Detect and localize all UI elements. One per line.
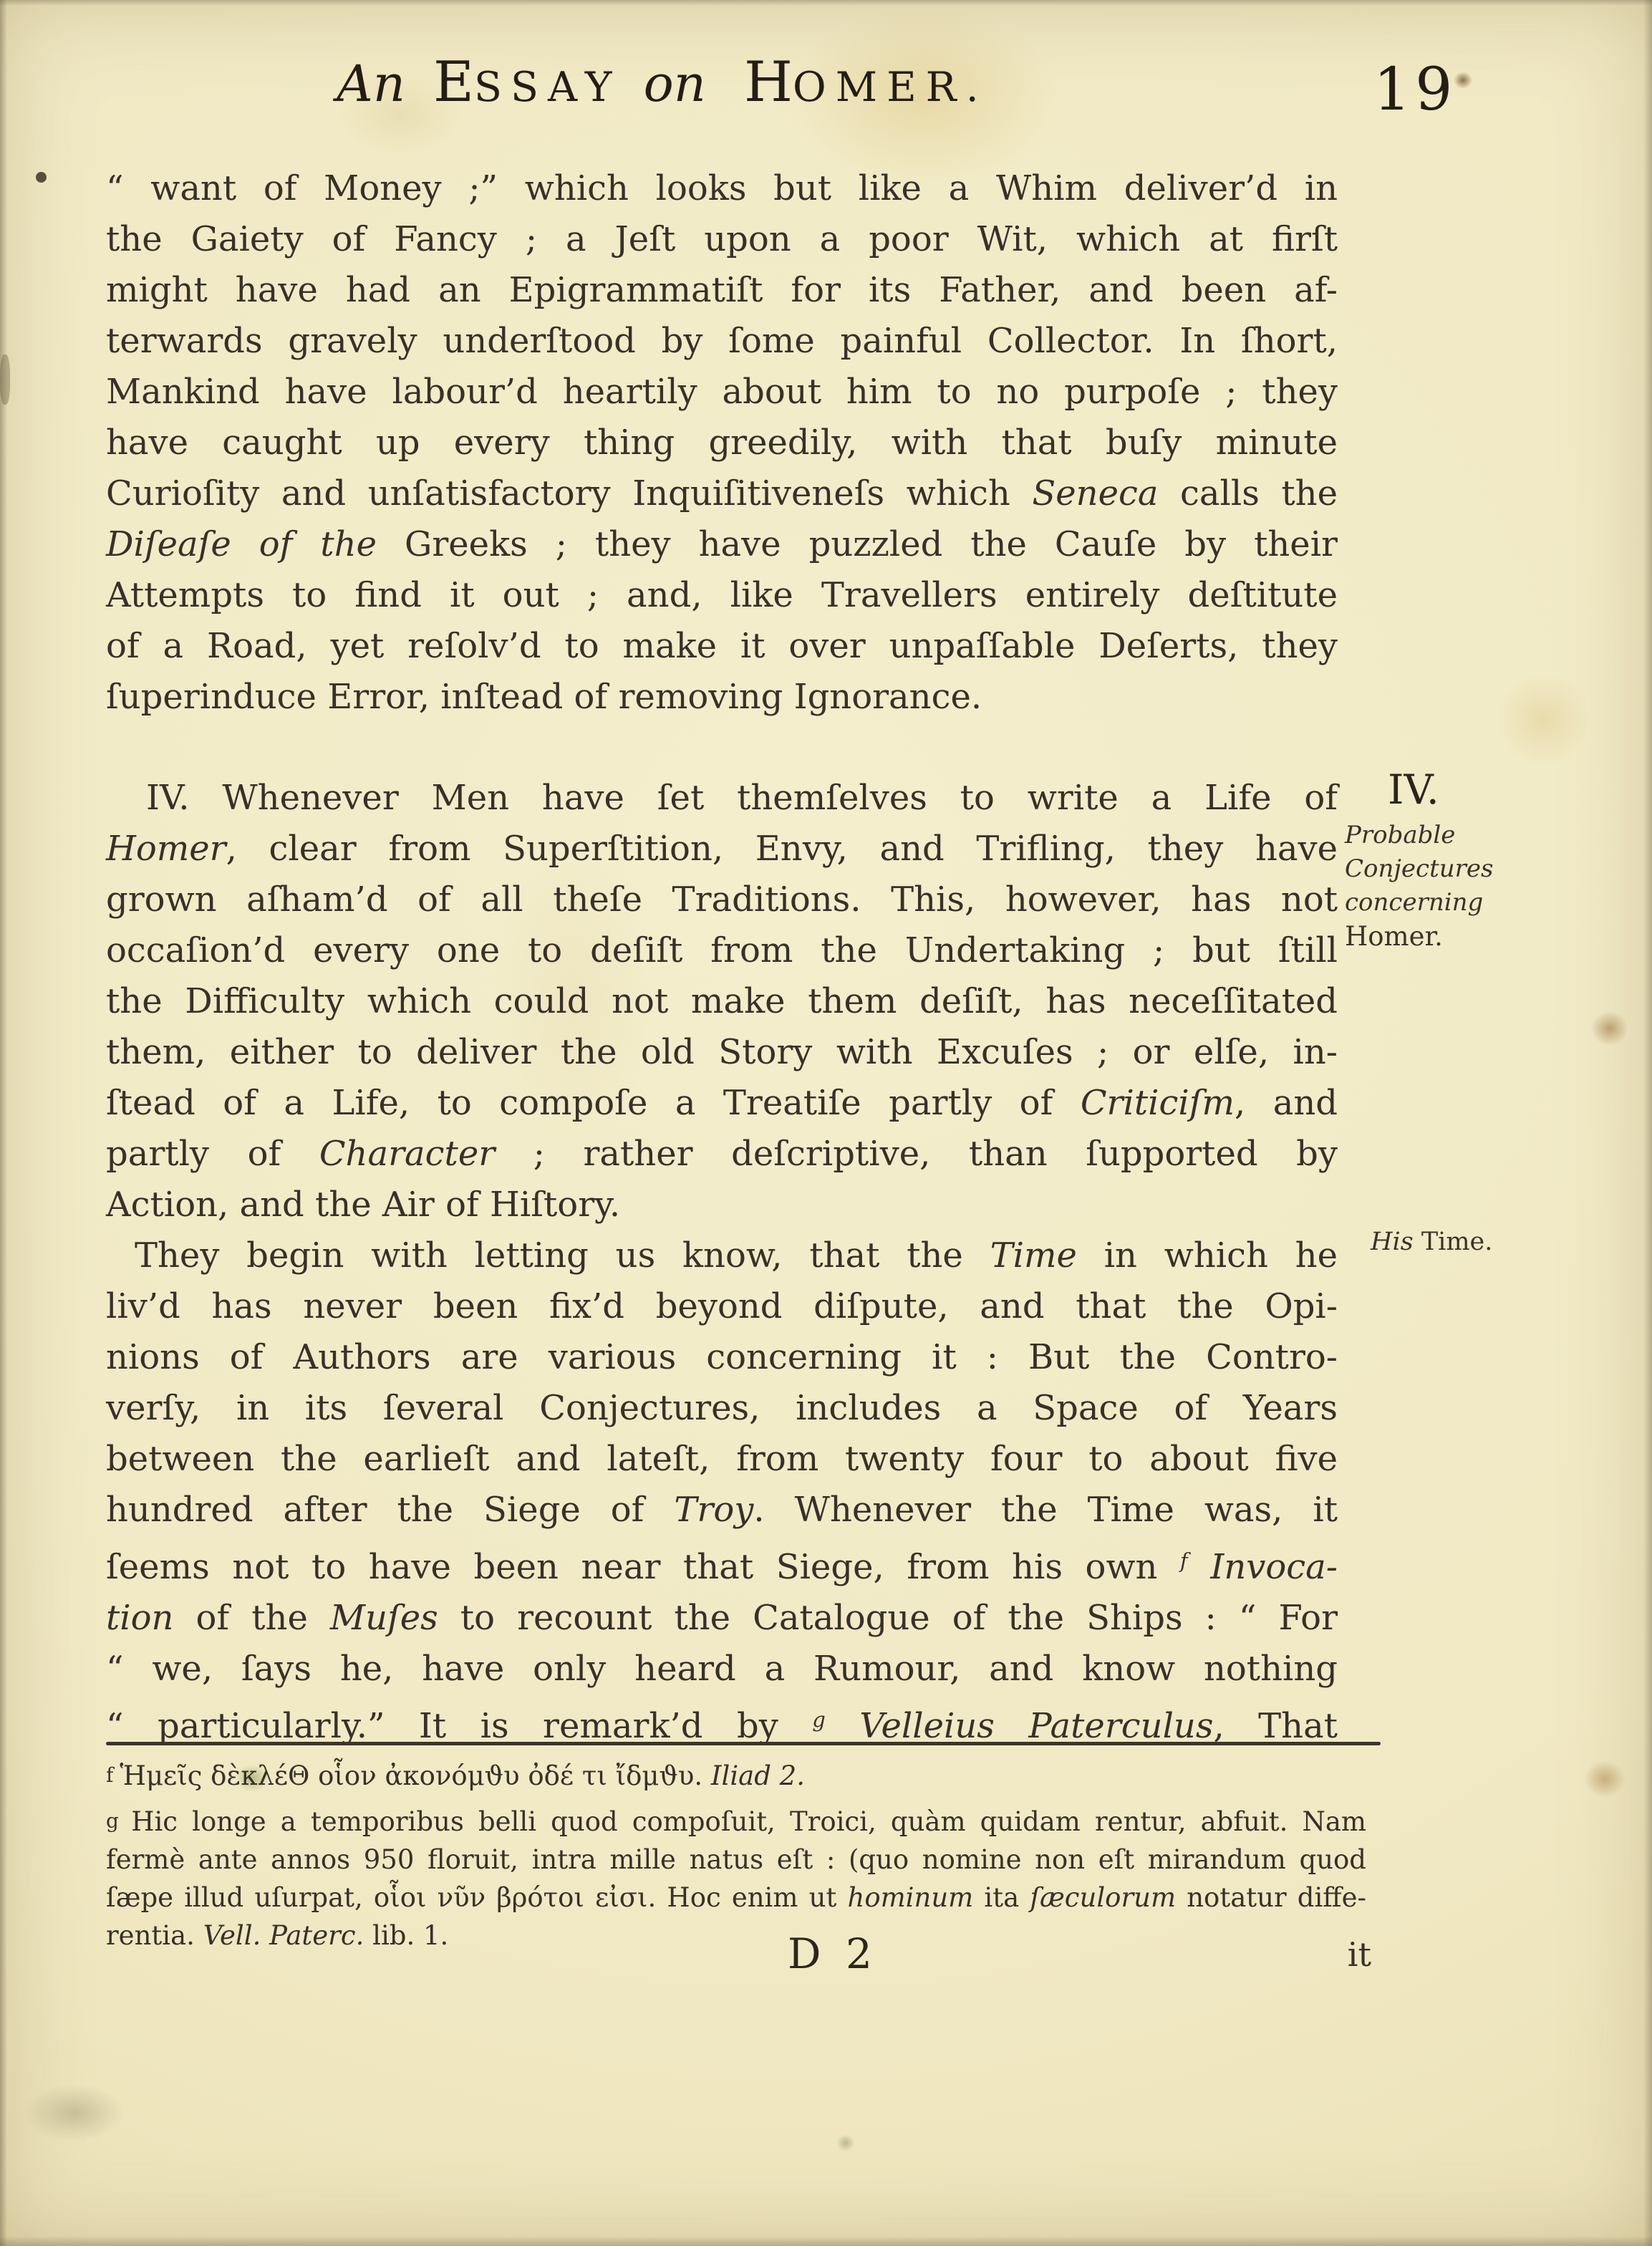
text-segment: Iliad 2. [711, 1760, 805, 1791]
text-segment: Character [319, 1134, 495, 1174]
footnote-g-latin: g Hic longe a temporibus belli quod comp… [106, 1802, 1366, 1955]
text-segment: occaſion’d every one to deſiſt from the … [106, 930, 1338, 970]
text-segment: partly of [106, 1134, 319, 1174]
paper-foxing-spot [1591, 1011, 1628, 1046]
text-segment: terwards gravely underſtood by ſome pain… [106, 321, 1338, 361]
greek-text: Ἡμεῖς δὲκλέΘ οἷον ἀκονόμϑυ ὀδέ τι ἴδμϑυ. [120, 1760, 702, 1791]
footnote-marker: g [812, 1707, 826, 1732]
book-page-scan: An ESSAY on HOMER. 19 “ want of Money ;”… [0, 0, 1652, 2246]
footnote-marker: f [106, 1763, 120, 1787]
paragraph-section-iv: IV. Whenever Men have ſet themſelves to … [106, 773, 1338, 1230]
text-segment: Muſes [330, 1598, 438, 1638]
text-line: might have had an Epigrammatiſt for its … [106, 265, 1338, 316]
text-segment: Curioſity and unſatisfactory Inquiſitive… [106, 473, 1032, 514]
text-segment: of a Road, yet reſolv’d to make it over … [106, 626, 1338, 666]
margin-section-number: IV. [1388, 766, 1439, 814]
text-segment: , clear from Superſtition, Envy, and Tri… [226, 829, 1338, 869]
text-line: grown aſham’d of all theſe Traditions. T… [106, 874, 1338, 925]
text-line: ſtead of a Life, to compoſe a Treatiſe p… [106, 1078, 1338, 1129]
footnote-marker: f [1180, 1548, 1188, 1573]
text-segment: between the earlieſt and lateſt, from tw… [106, 1439, 1338, 1479]
text-segment: notatur diffe- [1176, 1882, 1366, 1913]
title-essay-initial: E [433, 50, 474, 115]
text-segment: ſeems not to have been near that Siege, … [106, 1547, 1180, 1587]
text-line: ſuperinduce Error, inſtead of removing I… [106, 672, 1338, 723]
text-line: “ we, ſays he, have only heard a Rumour,… [106, 1644, 1338, 1695]
text-line: partly of Character ; rather deſcriptive… [106, 1129, 1338, 1180]
text-segment: liv’d has never been fix’d beyond diſput… [106, 1286, 1338, 1326]
footnote-marker: g [106, 1809, 131, 1833]
title-word-on: on [644, 54, 706, 113]
text-line: Mankind have labour’d heartily about him… [106, 367, 1338, 418]
text-segment: tion [106, 1598, 173, 1638]
text-segment: calls the [1158, 473, 1338, 514]
footnote-f-greek: f Ἡμεῖς δὲκλέΘ οἷον ἀκονόμϑυ ὀδέ τι ἴδμϑ… [106, 1756, 1366, 1795]
paper-speck [0, 355, 10, 405]
text-segment: rentia. [106, 1920, 203, 1951]
text-line: of a Road, yet reſolv’d to make it over … [106, 621, 1338, 672]
text-segment: ſæculorum [1030, 1882, 1176, 1913]
paper-stain [1497, 673, 1590, 766]
text-segment: them, either to deliver the old Story wi… [106, 1032, 1338, 1072]
text-line: tion of the Muſes to recount the Catalog… [106, 1593, 1338, 1644]
catchword: it [1348, 1935, 1371, 1974]
paragraph-intro: “ want of Money ;” which looks but like … [106, 163, 1338, 723]
text-line: the Difficulty which could not make them… [106, 976, 1338, 1027]
text-segment: Action, and the Air of Hiſtory. [106, 1185, 620, 1225]
text-segment: ſuperinduce Error, inſtead of removing I… [106, 677, 982, 717]
greek-text: οἷοι νῦν βρότοι εἰσι. [374, 1882, 656, 1913]
text-line: Attempts to find it out ; and, like Trav… [106, 570, 1338, 621]
text-line: terwards gravely underſtood by ſome pain… [106, 316, 1338, 367]
text-segment: ſæpe illud uſurpat, [106, 1882, 374, 1913]
margin-note-line: Conjectures [1345, 852, 1581, 886]
title-essay-smallcaps: SSAY [474, 64, 622, 111]
scan-edge-shadow [0, 2236, 1652, 2246]
margin-note-line: Homer. [1345, 920, 1581, 953]
paper-foxing-spot [1584, 1760, 1626, 1798]
text-segment: the Difficulty which could not make them… [106, 981, 1338, 1021]
text-segment: ita [973, 1882, 1030, 1913]
running-title: An ESSAY on HOMER. [0, 50, 1325, 115]
text-segment: Troy [674, 1490, 753, 1530]
scan-edge-shadow [0, 0, 7, 2246]
text-line: They begin with letting us know, that th… [106, 1230, 1338, 1281]
text-segment: . Whenever the Time was, it [753, 1490, 1338, 1530]
text-block: “ want of Money ;” which looks but like … [106, 163, 1338, 1752]
text-segment: to recount the Catalogue of the Ships : … [438, 1598, 1338, 1638]
text-segment: of the [173, 1598, 329, 1638]
text-segment: , That [1213, 1706, 1338, 1746]
text-line: hundred after the Siege of Troy. Wheneve… [106, 1485, 1338, 1536]
title-homer-smallcaps: OMER. [793, 64, 988, 111]
text-segment: Mankind have labour’d heartily about him… [106, 372, 1338, 412]
margin-note-his-time: His Time. [1371, 1228, 1492, 1256]
margin-note-time: Time. [1414, 1228, 1493, 1256]
text-line: ſeems not to have been near that Siege, … [106, 1536, 1338, 1593]
text-line: fermè ante annos 950 floruit, intra mill… [106, 1841, 1366, 1879]
text-segment: “ particularly.” It is remark’d by [106, 1706, 812, 1746]
scan-edge-shadow [1643, 0, 1652, 2246]
title-word-an: An [337, 54, 405, 113]
text-line: Diſeaſe of the Greeks ; they have puzzle… [106, 519, 1338, 570]
text-segment: IV. Whenever Men have ſet themſelves to … [146, 778, 1338, 818]
paragraph-his-time: They begin with letting us know, that th… [106, 1230, 1338, 1752]
text-segment: “ want of Money ;” which looks but like … [106, 168, 1338, 208]
paper-speck [836, 2134, 855, 2151]
text-segment: verſy, in its ſeveral Conjectures, inclu… [106, 1388, 1338, 1428]
margin-note-his: His [1371, 1228, 1414, 1256]
text-segment: Hoc enim ut [656, 1882, 847, 1913]
text-line: verſy, in its ſeveral Conjectures, inclu… [106, 1383, 1338, 1434]
text-line: g Hic longe a temporibus belli quod comp… [106, 1802, 1366, 1841]
text-segment: ; rather deſcriptive, than ſupported by [495, 1134, 1338, 1174]
text-segment: “ we, ſays he, have only heard a Rumour,… [106, 1649, 1338, 1689]
text-segment: Attempts to find it out ; and, like Trav… [106, 575, 1338, 615]
margin-note-line: Probable [1345, 819, 1581, 852]
text-segment: Greeks ; they have puzzled the Cauſe by … [405, 524, 1338, 564]
footnote-divider-rule [106, 1742, 1381, 1745]
scan-edge-shadow [0, 0, 1652, 6]
paper-smudge [24, 2084, 125, 2141]
text-line: occaſion’d every one to deſiſt from the … [106, 925, 1338, 976]
title-homer-initial: H [744, 50, 793, 115]
text-line: f Ἡμεῖς δὲκλέΘ οἷον ἀκονόμϑυ ὀδέ τι ἴδμϑ… [106, 1756, 1366, 1795]
text-segment: Diſeaſe of the [106, 524, 405, 564]
text-segment [826, 1706, 859, 1746]
text-line: between the earlieſt and lateſt, from tw… [106, 1434, 1338, 1485]
text-segment: hominum [847, 1882, 973, 1913]
text-segment: Time [990, 1235, 1077, 1276]
text-line: liv’d has never been fix’d beyond diſput… [106, 1281, 1338, 1332]
text-line: IV. Whenever Men have ſet themſelves to … [106, 773, 1338, 824]
text-segment: Seneca [1032, 473, 1158, 514]
text-segment: grown aſham’d of all theſe Traditions. T… [106, 879, 1338, 920]
text-segment: in which he [1077, 1235, 1338, 1276]
gathering-signature: D 2 [788, 1929, 878, 1978]
text-segment: hundred after the Siege of [106, 1490, 674, 1530]
text-segment [702, 1760, 711, 1791]
text-segment: the Gaiety of Fancy ; a Jeſt upon a poor… [106, 219, 1338, 259]
text-segment: ſtead of a Life, to compoſe a Treatiſe p… [106, 1083, 1081, 1123]
margin-note-probable-conjectures: Probable Conjectures concerning Homer. [1345, 819, 1581, 953]
text-segment: , and [1235, 1083, 1338, 1123]
text-segment: Velleius Paterculus [859, 1706, 1213, 1746]
footnotes-block: f Ἡμεῖς δὲκλέΘ οἷον ἀκονόμϑυ ὀδέ τι ἴδμϑ… [106, 1756, 1366, 1955]
text-segment: nions of Authors are various concerning … [106, 1337, 1338, 1377]
text-line: the Gaiety of Fancy ; a Jeſt upon a poor… [106, 214, 1338, 265]
text-segment: They begin with letting us know, that th… [135, 1235, 990, 1276]
text-segment: Hic longe a temporibus belli quod compoſ… [131, 1806, 1366, 1837]
text-line: ſæpe illud uſurpat, οἷοι νῦν βρότοι εἰσι… [106, 1879, 1366, 1917]
page-number: 19 [1373, 56, 1457, 124]
text-line: “ want of Money ;” which looks but like … [106, 163, 1338, 214]
text-segment: Vell. Paterc. [203, 1920, 364, 1951]
margin-note-line: concerning [1345, 886, 1581, 920]
text-line: Curioſity and unſatisfactory Inquiſitive… [106, 468, 1338, 519]
text-line: nions of Authors are various concerning … [106, 1332, 1338, 1383]
paper-speck [36, 172, 47, 183]
text-line: have caught up every thing greedily, wit… [106, 418, 1338, 468]
text-segment: Homer [106, 829, 226, 869]
text-segment: have caught up every thing greedily, wit… [106, 423, 1338, 463]
text-segment: fermè ante annos 950 floruit, intra mill… [106, 1844, 1366, 1875]
text-segment: might have had an Epigrammatiſt for its … [106, 270, 1338, 310]
text-segment: Criticiſm [1081, 1083, 1235, 1123]
text-segment: lib. 1. [364, 1920, 448, 1951]
text-segment: Invoca- [1188, 1547, 1338, 1587]
text-line: them, either to deliver the old Story wi… [106, 1027, 1338, 1078]
text-line: rentia. Vell. Paterc. lib. 1. [106, 1917, 1366, 1955]
text-line: Homer, clear from Superſtition, Envy, an… [106, 824, 1338, 874]
text-line: Action, and the Air of Hiſtory. [106, 1180, 1338, 1230]
